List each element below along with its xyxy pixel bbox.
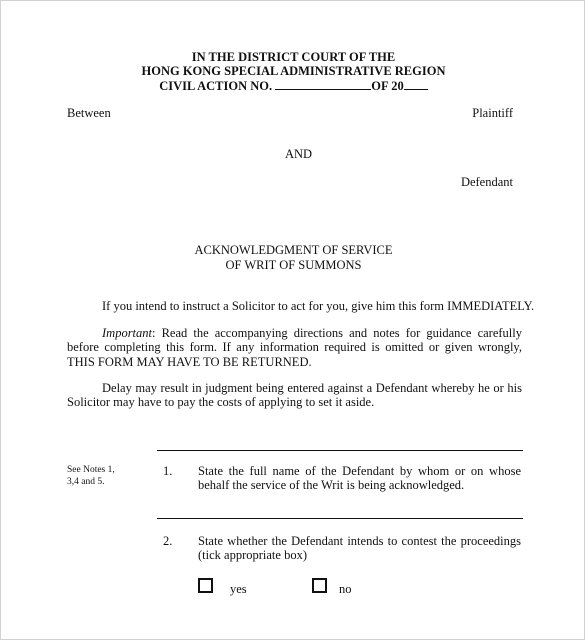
header-line-2: HONG KONG SPECIAL ADMINISTRATIVE REGION	[1, 64, 585, 78]
side-note-line-1: See Notes 1,	[67, 465, 115, 477]
form-title: ACKNOWLEDGMENT OF SERVICE OF WRIT OF SUM…	[1, 243, 585, 272]
item-1-answer-line[interactable]	[157, 518, 523, 519]
checkbox-no[interactable]	[312, 578, 327, 593]
header-line-1: IN THE DISTRICT COURT OF THE	[1, 50, 585, 64]
year-field[interactable]	[404, 79, 428, 90]
divider-top	[157, 450, 523, 451]
checkbox-no-label: no	[339, 582, 352, 596]
checkbox-yes[interactable]	[198, 578, 213, 593]
civil-action-number-field[interactable]	[275, 79, 371, 90]
form-title-line-1: ACKNOWLEDGMENT OF SERVICE	[1, 243, 585, 258]
instruction-delay: Delay may result in judgment being enter…	[67, 381, 522, 410]
and-label: AND	[285, 147, 312, 161]
important-label: Important	[102, 326, 152, 340]
form-title-line-2: OF WRIT OF SUMMONS	[1, 258, 585, 273]
item-2-number: 2.	[163, 534, 172, 548]
between-label: Between	[67, 106, 111, 120]
instruction-solicitor: If you intend to instruct a Solicitor to…	[102, 299, 557, 313]
checkbox-yes-label: yes	[230, 582, 247, 596]
court-header: IN THE DISTRICT COURT OF THE HONG KONG S…	[1, 50, 585, 93]
item-1-text: State the full name of the Defendant by …	[198, 464, 521, 493]
side-note-line-2: 3,4 and 5.	[67, 477, 115, 489]
header-line-3: CIVIL ACTION NO. OF 20	[1, 79, 585, 93]
instruction-important: Important: Read the accompanying directi…	[67, 326, 522, 369]
item-2-text: State whether the Defendant intends to c…	[198, 534, 521, 563]
of-year-label: OF 20	[371, 79, 404, 93]
defendant-label: Defendant	[461, 175, 513, 189]
delay-text: Delay may result in judgment being enter…	[67, 381, 522, 409]
side-note: See Notes 1, 3,4 and 5.	[67, 465, 115, 488]
item-1-number: 1.	[163, 464, 172, 478]
plaintiff-label: Plaintiff	[472, 106, 513, 120]
document-page: IN THE DISTRICT COURT OF THE HONG KONG S…	[0, 0, 585, 640]
civil-action-label: CIVIL ACTION NO.	[159, 79, 275, 93]
